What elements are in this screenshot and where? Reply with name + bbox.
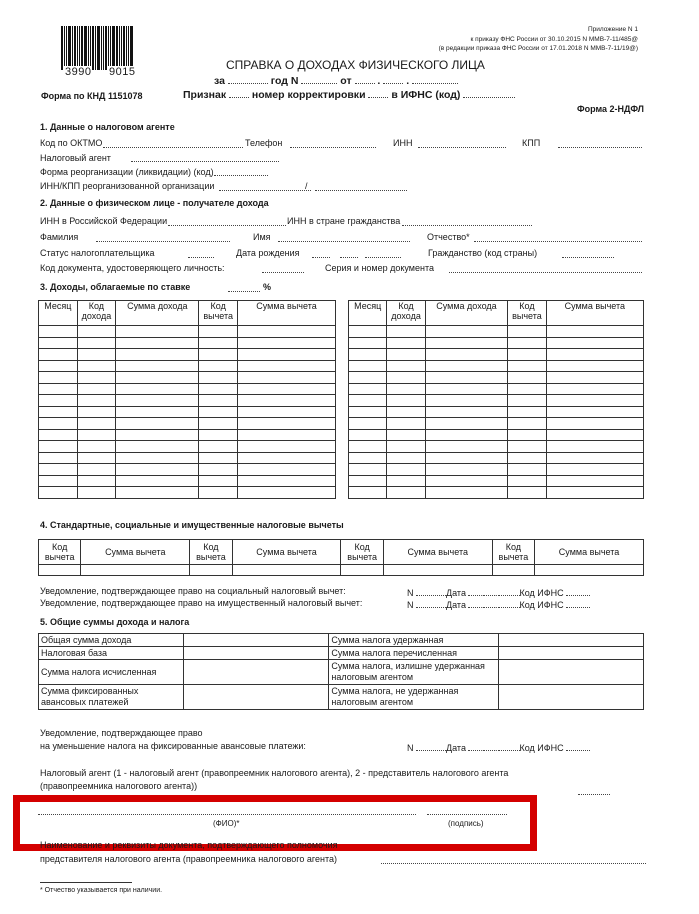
section5-title: 5. Общие суммы дохода и налога bbox=[40, 617, 189, 627]
notice-social-number[interactable] bbox=[416, 586, 446, 596]
table-cell[interactable] bbox=[39, 565, 81, 576]
doc-series-field[interactable] bbox=[449, 272, 642, 273]
table-row bbox=[39, 337, 336, 349]
table-cell[interactable] bbox=[199, 349, 238, 361]
notice-advance-day[interactable] bbox=[468, 741, 480, 751]
birth-day-field[interactable] bbox=[312, 257, 330, 258]
table-cell[interactable] bbox=[199, 487, 238, 499]
table-cell[interactable] bbox=[546, 337, 643, 349]
citizenship-field[interactable] bbox=[562, 257, 614, 258]
signature-field[interactable] bbox=[427, 814, 507, 815]
table-cell[interactable] bbox=[425, 475, 508, 487]
date-year-field[interactable] bbox=[412, 74, 458, 84]
patronymic-label: Отчество* bbox=[427, 232, 470, 242]
table-cell[interactable] bbox=[425, 441, 508, 453]
barcode: 3990 9015 bbox=[61, 26, 149, 81]
table-cell[interactable] bbox=[237, 487, 335, 499]
table-cell[interactable] bbox=[546, 475, 643, 487]
birth-month-field[interactable] bbox=[340, 257, 358, 258]
notice-social-month[interactable] bbox=[483, 586, 495, 596]
table-cell[interactable] bbox=[39, 418, 78, 430]
table-cell[interactable] bbox=[116, 487, 199, 499]
table-cell[interactable] bbox=[546, 326, 643, 338]
table-cell[interactable] bbox=[546, 349, 643, 361]
table-cell[interactable] bbox=[77, 487, 116, 499]
table-cell[interactable] bbox=[546, 452, 643, 464]
percent-sign: % bbox=[263, 282, 271, 292]
section4-title: 4. Стандартные, социальные и имущественн… bbox=[40, 520, 344, 530]
authority-doc-field[interactable] bbox=[381, 863, 646, 864]
table-cell[interactable] bbox=[237, 475, 335, 487]
table-cell[interactable] bbox=[425, 452, 508, 464]
correction-line: Признак номер корректировки в ИФНС (код) bbox=[183, 88, 515, 101]
table-cell[interactable] bbox=[349, 395, 387, 407]
table-cell[interactable] bbox=[508, 429, 546, 441]
value-cell[interactable] bbox=[184, 634, 329, 647]
surname-field[interactable] bbox=[96, 241, 230, 242]
table-cell[interactable] bbox=[39, 360, 78, 372]
table-cell[interactable] bbox=[425, 429, 508, 441]
value-cell[interactable] bbox=[498, 685, 643, 710]
table-row bbox=[349, 475, 644, 487]
reorg-inn-kpp-label: ИНН/КПП реорганизованной организации bbox=[40, 181, 214, 191]
table-cell[interactable] bbox=[425, 326, 508, 338]
table-cell[interactable] bbox=[508, 360, 546, 372]
table-cell[interactable] bbox=[387, 452, 425, 464]
appendix-line3: (в редакции приказа ФНС России от 17.01.… bbox=[439, 45, 638, 52]
table-row bbox=[349, 429, 644, 441]
inn-citizenship-label: ИНН в стране гражданства bbox=[287, 216, 400, 226]
notice-social-ifns[interactable] bbox=[566, 586, 590, 596]
table-cell[interactable] bbox=[349, 464, 387, 476]
notice-advance-year[interactable] bbox=[498, 741, 520, 751]
reorg-kpp-field[interactable] bbox=[315, 190, 407, 191]
table-cell[interactable] bbox=[77, 326, 116, 338]
authority-doc-line2: представителя налогового агента (правопр… bbox=[40, 854, 337, 864]
table-cell[interactable] bbox=[349, 487, 387, 499]
table-row: Сумма фиксированных авансовых платежейСу… bbox=[39, 685, 644, 710]
table-cell[interactable] bbox=[39, 452, 78, 464]
table-cell[interactable] bbox=[237, 418, 335, 430]
table-cell[interactable] bbox=[39, 429, 78, 441]
n-label: N bbox=[407, 600, 414, 610]
table-cell[interactable] bbox=[492, 565, 534, 576]
table-cell[interactable] bbox=[77, 360, 116, 372]
table-row bbox=[39, 418, 336, 430]
table-cell[interactable] bbox=[199, 372, 238, 384]
table-cell[interactable] bbox=[535, 565, 644, 576]
table-cell[interactable] bbox=[116, 395, 199, 407]
phone-label: Телефон bbox=[245, 138, 282, 148]
table-cell[interactable] bbox=[81, 565, 190, 576]
table-cell[interactable] bbox=[508, 441, 546, 453]
name-label: Имя bbox=[253, 232, 271, 242]
table-cell[interactable] bbox=[349, 441, 387, 453]
phone-field[interactable] bbox=[290, 147, 376, 148]
notice-property-day[interactable] bbox=[468, 598, 480, 608]
table-cell[interactable] bbox=[199, 383, 238, 395]
table-cell[interactable] bbox=[199, 395, 238, 407]
table-cell[interactable] bbox=[508, 383, 546, 395]
table-cell[interactable] bbox=[116, 372, 199, 384]
table-cell[interactable] bbox=[77, 383, 116, 395]
table-row bbox=[349, 326, 644, 338]
correction-number-field[interactable] bbox=[368, 88, 388, 98]
table-cell[interactable] bbox=[387, 383, 425, 395]
table-cell[interactable] bbox=[425, 395, 508, 407]
table-cell[interactable] bbox=[116, 383, 199, 395]
table-cell[interactable] bbox=[237, 372, 335, 384]
ot-label: от bbox=[340, 75, 351, 87]
column-header: Сумма вычета bbox=[81, 540, 190, 565]
table-cell[interactable] bbox=[508, 349, 546, 361]
table-cell[interactable] bbox=[77, 464, 116, 476]
income-table-header: МесяцКод доходаСумма доходаКод вычетаСум… bbox=[39, 301, 336, 326]
table-cell[interactable] bbox=[508, 406, 546, 418]
surname-label: Фамилия bbox=[40, 232, 78, 242]
table-cell[interactable] bbox=[508, 452, 546, 464]
birth-year-field[interactable] bbox=[365, 257, 401, 258]
table-cell[interactable] bbox=[349, 349, 387, 361]
table-cell[interactable] bbox=[39, 395, 78, 407]
table-cell[interactable] bbox=[237, 349, 335, 361]
table-cell[interactable] bbox=[39, 406, 78, 418]
table-cell[interactable] bbox=[425, 383, 508, 395]
table-cell[interactable] bbox=[199, 464, 238, 476]
table-cell[interactable] bbox=[546, 383, 643, 395]
table-cell[interactable] bbox=[546, 360, 643, 372]
notice-property-number[interactable] bbox=[416, 598, 446, 608]
table-cell[interactable] bbox=[387, 487, 425, 499]
table-cell[interactable] bbox=[237, 441, 335, 453]
oktmo-field[interactable] bbox=[103, 147, 243, 148]
za-label: за bbox=[214, 75, 225, 87]
table-cell[interactable] bbox=[546, 395, 643, 407]
table-cell[interactable] bbox=[546, 441, 643, 453]
column-header: Сумма дохода bbox=[116, 301, 199, 326]
table-cell[interactable] bbox=[387, 464, 425, 476]
column-header: Сумма дохода bbox=[425, 301, 508, 326]
agent-label: Налоговый агент bbox=[40, 153, 111, 163]
table-cell[interactable] bbox=[387, 395, 425, 407]
value-cell[interactable] bbox=[498, 647, 643, 660]
table-cell[interactable] bbox=[349, 337, 387, 349]
table-cell[interactable] bbox=[77, 418, 116, 430]
table-cell[interactable] bbox=[77, 475, 116, 487]
status-field[interactable] bbox=[188, 257, 214, 258]
table-cell[interactable] bbox=[39, 349, 78, 361]
patronymic-field[interactable] bbox=[474, 241, 642, 242]
table-row bbox=[349, 464, 644, 476]
table-cell[interactable] bbox=[237, 464, 335, 476]
notice-advance-line2: на уменьшение налога на фиксированные ав… bbox=[40, 741, 306, 751]
table-cell[interactable] bbox=[116, 360, 199, 372]
table-cell[interactable] bbox=[387, 372, 425, 384]
notice-social-label: Уведомление, подтверждающее право на соц… bbox=[40, 586, 346, 596]
table-cell[interactable] bbox=[349, 418, 387, 430]
table-cell[interactable] bbox=[39, 326, 78, 338]
table-cell[interactable] bbox=[199, 452, 238, 464]
notice-property-year[interactable] bbox=[498, 598, 520, 608]
table-row bbox=[349, 360, 644, 372]
notice-property-ifns[interactable] bbox=[566, 598, 590, 608]
table-row bbox=[39, 475, 336, 487]
table-cell[interactable] bbox=[546, 372, 643, 384]
column-header: Сумма вычета bbox=[535, 540, 644, 565]
table-cell[interactable] bbox=[199, 418, 238, 430]
table-cell[interactable] bbox=[77, 395, 116, 407]
table-cell[interactable] bbox=[190, 565, 232, 576]
notice-property-label: Уведомление, подтверждающее право на иму… bbox=[40, 598, 362, 608]
table-cell[interactable] bbox=[387, 418, 425, 430]
table-cell[interactable] bbox=[546, 418, 643, 430]
table-cell[interactable] bbox=[387, 326, 425, 338]
table-cell[interactable] bbox=[508, 418, 546, 430]
table-cell[interactable] bbox=[349, 475, 387, 487]
kpp-label: КПП bbox=[522, 138, 540, 148]
column-header: Код дохода bbox=[387, 301, 425, 326]
table-cell[interactable] bbox=[387, 475, 425, 487]
row-label: Сумма налога, излишне удержанная налогов… bbox=[329, 660, 498, 685]
appendix-line1: Приложение N 1 bbox=[588, 26, 638, 33]
value-cell[interactable] bbox=[184, 685, 329, 710]
table-cell[interactable] bbox=[425, 464, 508, 476]
notice-advance-line1: Уведомление, подтверждающее право bbox=[40, 728, 203, 738]
table-cell[interactable] bbox=[349, 429, 387, 441]
table-cell[interactable] bbox=[199, 360, 238, 372]
table-cell[interactable] bbox=[77, 349, 116, 361]
footnote-divider bbox=[40, 882, 132, 883]
n-label: N bbox=[407, 588, 414, 598]
table-cell[interactable] bbox=[546, 429, 643, 441]
table-cell[interactable] bbox=[77, 441, 116, 453]
date-day-field[interactable] bbox=[355, 74, 375, 84]
birth-date-label: Дата рождения bbox=[236, 248, 300, 258]
table-row: Общая сумма доходаСумма налога удержанна… bbox=[39, 634, 644, 647]
notice-advance-number[interactable] bbox=[416, 741, 446, 751]
table-cell[interactable] bbox=[39, 464, 78, 476]
agent-field[interactable] bbox=[131, 161, 279, 162]
value-cell[interactable] bbox=[184, 647, 329, 660]
table-cell[interactable] bbox=[199, 337, 238, 349]
table-cell[interactable] bbox=[508, 464, 546, 476]
table-row bbox=[349, 337, 644, 349]
barcode-number-left: 3990 bbox=[64, 66, 92, 78]
table-row bbox=[349, 395, 644, 407]
table-cell[interactable] bbox=[116, 349, 199, 361]
table-cell[interactable] bbox=[199, 441, 238, 453]
column-header: Сумма вычета bbox=[383, 540, 492, 565]
inn-field[interactable] bbox=[418, 147, 506, 148]
row-label: Сумма налога исчисленная bbox=[39, 660, 184, 685]
table-cell[interactable] bbox=[39, 475, 78, 487]
column-header: Код вычета bbox=[508, 301, 546, 326]
ifns-label: Код ИФНС bbox=[520, 743, 564, 753]
table-cell[interactable] bbox=[508, 372, 546, 384]
doc-code-label: Код документа, удостоверяющего личность: bbox=[40, 263, 225, 273]
table-cell[interactable] bbox=[237, 360, 335, 372]
income-table-right: МесяцКод доходаСумма доходаКод вычетаСум… bbox=[348, 300, 644, 499]
table-cell[interactable] bbox=[39, 372, 78, 384]
column-header: Месяц bbox=[39, 301, 78, 326]
notice-advance-month[interactable] bbox=[483, 741, 495, 751]
table-cell[interactable] bbox=[116, 452, 199, 464]
table-cell[interactable] bbox=[546, 487, 643, 499]
footnote: * Отчество указывается при наличии. bbox=[40, 887, 162, 894]
date-month-field[interactable] bbox=[383, 74, 403, 84]
ifns-code-field[interactable] bbox=[463, 88, 515, 98]
table-cell[interactable] bbox=[387, 429, 425, 441]
ifns-code-label: в ИФНС (код) bbox=[391, 89, 460, 101]
table-cell[interactable] bbox=[508, 487, 546, 499]
date-label: Дата bbox=[446, 743, 466, 753]
notice-property-month[interactable] bbox=[483, 598, 495, 608]
table-cell[interactable] bbox=[237, 383, 335, 395]
table-cell[interactable] bbox=[237, 395, 335, 407]
status-label: Статус налогоплательщика bbox=[40, 248, 155, 258]
table-cell[interactable] bbox=[425, 372, 508, 384]
inn-citizenship-field[interactable] bbox=[402, 225, 532, 226]
inn-rf-label: ИНН в Российской Федерации bbox=[40, 216, 167, 226]
notice-social-day[interactable] bbox=[468, 586, 480, 596]
document-title: СПРАВКА О ДОХОДАХ ФИЗИЧЕСКОГО ЛИЦА bbox=[226, 58, 485, 72]
table-cell[interactable] bbox=[237, 406, 335, 418]
table-cell[interactable] bbox=[77, 406, 116, 418]
table-cell[interactable] bbox=[116, 326, 199, 338]
reorg-form-field[interactable] bbox=[214, 175, 268, 176]
table-row: Налоговая базаСумма налога перечисленная bbox=[39, 647, 644, 660]
table-cell[interactable] bbox=[116, 406, 199, 418]
value-cell[interactable] bbox=[498, 634, 643, 647]
income-table-header: МесяцКод доходаСумма доходаКод вычетаСум… bbox=[349, 301, 644, 326]
table-cell[interactable] bbox=[349, 383, 387, 395]
agent-type-field[interactable] bbox=[578, 794, 610, 795]
table-cell[interactable] bbox=[116, 337, 199, 349]
table-row bbox=[39, 326, 336, 338]
table-cell[interactable] bbox=[387, 360, 425, 372]
table-cell[interactable] bbox=[425, 337, 508, 349]
table-cell[interactable] bbox=[508, 326, 546, 338]
kpp-field[interactable] bbox=[558, 147, 642, 148]
table-cell[interactable] bbox=[116, 441, 199, 453]
section3-title: 3. Доходы, облагаемые по ставке bbox=[40, 282, 190, 292]
table-cell[interactable] bbox=[349, 360, 387, 372]
table-cell[interactable] bbox=[77, 429, 116, 441]
notice-social-year[interactable] bbox=[498, 586, 520, 596]
table-cell[interactable] bbox=[199, 326, 238, 338]
table-cell[interactable] bbox=[232, 565, 341, 576]
table-row bbox=[349, 418, 644, 430]
priznak-label: Признак bbox=[183, 89, 226, 101]
row-label: Сумма налога, не удержанная налоговым аг… bbox=[329, 685, 498, 710]
table-cell[interactable] bbox=[349, 326, 387, 338]
table-cell[interactable] bbox=[425, 349, 508, 361]
number-field[interactable] bbox=[301, 74, 337, 84]
table-cell[interactable] bbox=[199, 475, 238, 487]
table-cell[interactable] bbox=[387, 441, 425, 453]
table-cell[interactable] bbox=[387, 406, 425, 418]
inn-rf-field[interactable] bbox=[168, 225, 286, 226]
column-header: Сумма вычета bbox=[546, 301, 643, 326]
authority-doc-line1: Наименование и реквизиты документа, подт… bbox=[40, 840, 337, 850]
table-cell[interactable] bbox=[77, 452, 116, 464]
table-cell[interactable] bbox=[77, 337, 116, 349]
column-header: Код вычета bbox=[341, 540, 383, 565]
table-cell[interactable] bbox=[349, 372, 387, 384]
table-cell[interactable] bbox=[425, 418, 508, 430]
reorg-inn-field[interactable] bbox=[219, 190, 311, 191]
row-label: Сумма фиксированных авансовых платежей bbox=[39, 685, 184, 710]
table-cell[interactable] bbox=[39, 383, 78, 395]
table-cell[interactable] bbox=[39, 487, 78, 499]
table-row bbox=[39, 395, 336, 407]
value-cell[interactable] bbox=[498, 660, 643, 685]
name-field[interactable] bbox=[278, 241, 410, 242]
table-cell[interactable] bbox=[39, 337, 78, 349]
table-cell[interactable] bbox=[387, 349, 425, 361]
table-row bbox=[39, 565, 644, 576]
table-cell[interactable] bbox=[508, 475, 546, 487]
table-cell[interactable] bbox=[237, 326, 335, 338]
barcode-number-right: 9015 bbox=[108, 66, 136, 78]
table-cell[interactable] bbox=[116, 464, 199, 476]
table-cell[interactable] bbox=[237, 429, 335, 441]
table-cell[interactable] bbox=[237, 452, 335, 464]
table-cell[interactable] bbox=[77, 372, 116, 384]
table-cell[interactable] bbox=[349, 452, 387, 464]
agent-type-line1: Налоговый агент (1 - налоговый агент (пр… bbox=[40, 768, 508, 778]
table-cell[interactable] bbox=[116, 475, 199, 487]
table-cell[interactable] bbox=[546, 464, 643, 476]
section1-title: 1. Данные о налоговом агенте bbox=[40, 122, 175, 132]
totals-table: Общая сумма доходаСумма налога удержанна… bbox=[38, 633, 644, 710]
year-field[interactable] bbox=[228, 74, 268, 84]
table-cell[interactable] bbox=[508, 395, 546, 407]
table-cell[interactable] bbox=[341, 565, 383, 576]
value-cell[interactable] bbox=[184, 660, 329, 685]
row-label: Общая сумма дохода bbox=[39, 634, 184, 647]
notice-advance-ifns[interactable] bbox=[566, 741, 590, 751]
table-cell[interactable] bbox=[349, 406, 387, 418]
table-cell[interactable] bbox=[387, 337, 425, 349]
section2-title: 2. Данные о физическом лице - получателе… bbox=[40, 198, 269, 208]
table-cell[interactable] bbox=[425, 487, 508, 499]
table-cell[interactable] bbox=[116, 418, 199, 430]
column-header: Код вычета bbox=[39, 540, 81, 565]
table-row bbox=[349, 406, 644, 418]
priznak-field[interactable] bbox=[229, 88, 249, 98]
table-cell[interactable] bbox=[237, 337, 335, 349]
doc-code-field[interactable] bbox=[262, 272, 304, 273]
fio-field[interactable] bbox=[38, 814, 416, 815]
ifns-label: Код ИФНС bbox=[520, 600, 564, 610]
date-label: Дата bbox=[446, 600, 466, 610]
form-knd: Форма по КНД 1151078 bbox=[41, 91, 142, 101]
table-cell[interactable] bbox=[508, 337, 546, 349]
table-cell[interactable] bbox=[425, 360, 508, 372]
period-line: за год N от . . bbox=[214, 74, 458, 87]
table-cell[interactable] bbox=[546, 406, 643, 418]
tax-rate-field[interactable] bbox=[228, 291, 260, 292]
table-cell[interactable] bbox=[39, 441, 78, 453]
table-cell[interactable] bbox=[199, 429, 238, 441]
table-cell[interactable] bbox=[383, 565, 492, 576]
table-cell[interactable] bbox=[199, 406, 238, 418]
column-header: Сумма вычета bbox=[237, 301, 335, 326]
table-cell[interactable] bbox=[425, 406, 508, 418]
table-cell[interactable] bbox=[116, 429, 199, 441]
doc-series-label: Серия и номер документа bbox=[325, 263, 434, 273]
